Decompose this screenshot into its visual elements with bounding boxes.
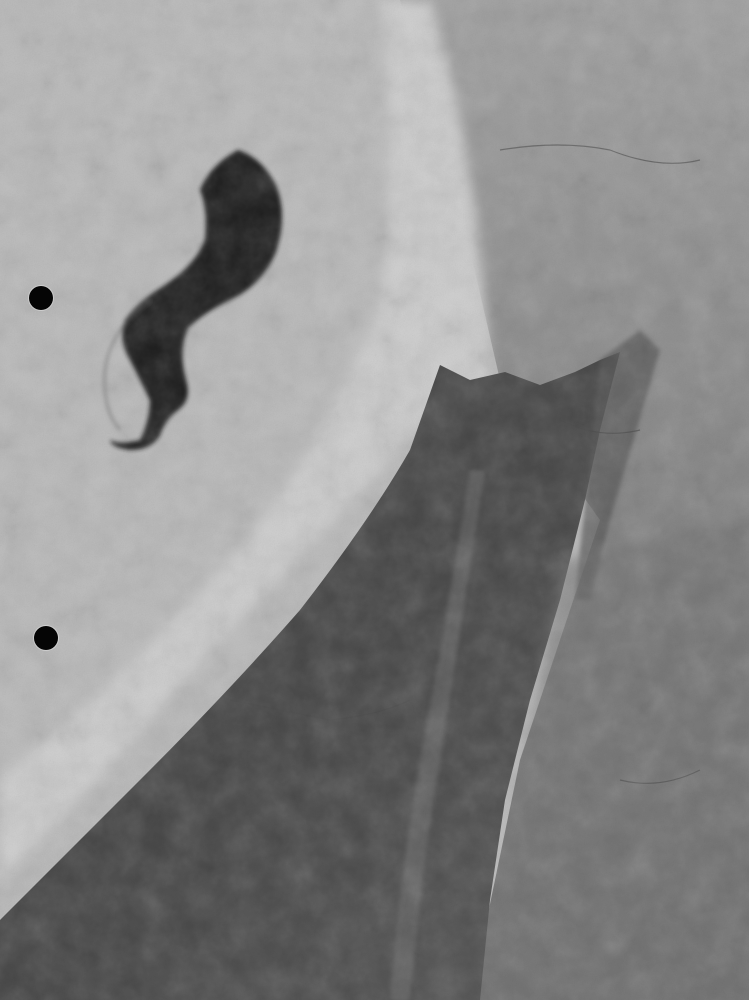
wall-surface [0, 0, 749, 1000]
reference-marker-dot [29, 286, 53, 310]
reference-marker-dot [34, 626, 58, 650]
wall-photograph [0, 0, 749, 1000]
